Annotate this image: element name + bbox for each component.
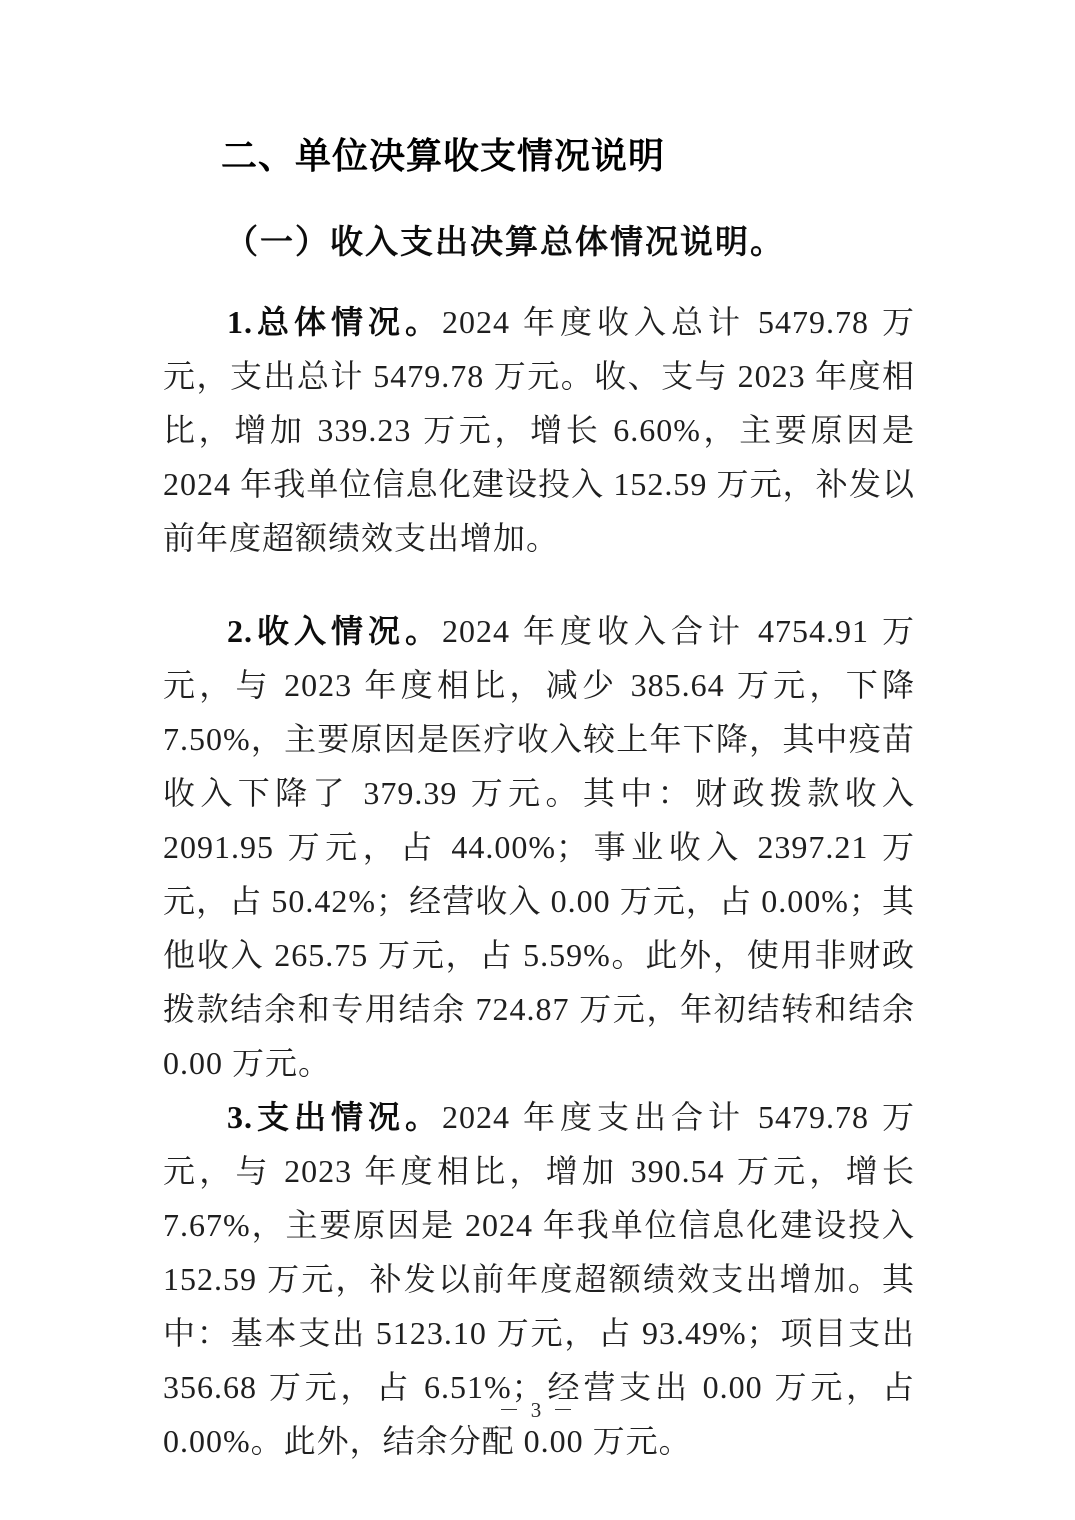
paragraph-income-text: 2024 年度收入合计 4754.91 万元，与 2023 年度相比，减少 38…: [163, 613, 915, 1081]
section-heading: 二、单位决算收支情况说明: [163, 136, 915, 176]
paragraph-expenditure-label: 3.支出情况。: [227, 1099, 442, 1135]
paragraph-income-label: 2.收入情况。: [227, 613, 442, 649]
document-content: 二、单位决算收支情况说明 （一）收入支出决算总体情况说明。 1.总体情况。202…: [163, 0, 915, 1468]
paragraph-income: 2.收入情况。2024 年度收入合计 4754.91 万元，与 2023 年度相…: [163, 604, 915, 1090]
document-page: 二、单位决算收支情况说明 （一）收入支出决算总体情况说明。 1.总体情况。202…: [0, 0, 1075, 1520]
page-number: － 3 －: [0, 1396, 1075, 1424]
subsection-heading: （一）收入支出决算总体情况说明。: [163, 223, 915, 263]
paragraph-overall: 1.总体情况。2024 年度收入总计 5479.78 万元，支出总计 5479.…: [163, 295, 915, 565]
paragraph-overall-text: 2024 年度收入总计 5479.78 万元，支出总计 5479.78 万元。收…: [163, 304, 915, 556]
paragraph-overall-label: 1.总体情况。: [227, 304, 442, 340]
